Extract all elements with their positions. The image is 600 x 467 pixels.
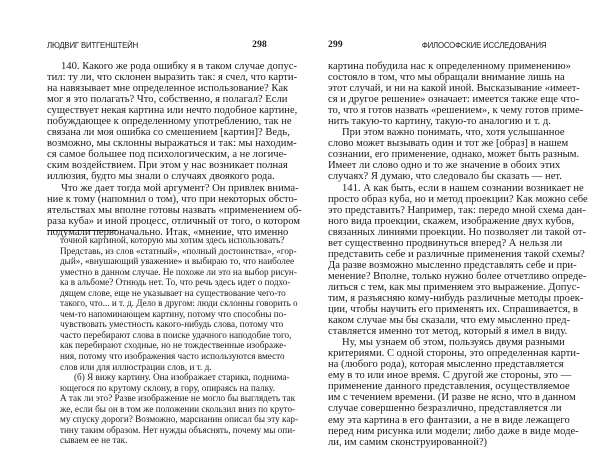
text-line: ему эта картина в его фантазии, а не в в… xyxy=(328,415,546,426)
left-running-head: ЛЮДВИГ ВИТГЕНШТЕЙН 298 xyxy=(47,40,267,50)
footnote-line: такого, что... и т. д. Дело в другом: лю… xyxy=(60,298,267,309)
text-line: на (любого рода), которая мысленно предс… xyxy=(328,359,546,370)
left-page: ЛЮДВИГ ВИТГЕНШТЕЙН 298 140. Какого же ро… xyxy=(0,0,300,467)
text-line: Имеет ли слово одно и то же значение в о… xyxy=(328,160,546,171)
text-line: ся самое большее под психологическим, а … xyxy=(47,149,267,160)
footnote-line: (б) Я вижу картину. Она изображает стари… xyxy=(60,372,267,383)
text-line: этот случай, и ни на какой иной. Высказы… xyxy=(328,83,546,94)
running-head-author: ЛЮДВИГ ВИТГЕНШТЕЙН xyxy=(47,40,138,50)
paragraph-word-meaning: При этом важно понимать, что, хотя услыш… xyxy=(328,127,546,182)
right-page: 299 ФИЛОСОФСКИЕ ИССЛЕДОВАНИЯ картина поб… xyxy=(300,0,600,467)
footnote-line: Представь, из слов «статный», «полный до… xyxy=(60,246,267,257)
text-line: перед ним рисунка или модели; либо даже … xyxy=(328,426,546,437)
footnote-line: му спуску дороги? Возможно, марсианин оп… xyxy=(60,414,267,425)
footnote-line: точной картиной, которую мы хотим здесь … xyxy=(60,235,267,246)
footnote-line: уместно в данном случае. Не похоже ли эт… xyxy=(60,267,267,278)
footnote-line: А так ли это? Разве изображение не могло… xyxy=(60,393,267,404)
footnote-line: ния, потому что изображения часто исполь… xyxy=(60,351,267,362)
text-line: нить такую-то картину, такую-то аналогию… xyxy=(328,116,546,127)
text-line: мог я это полагать? Что, собственно, я п… xyxy=(47,94,267,105)
text-line: литься с тем, как мы применяем это выраж… xyxy=(328,282,546,293)
text-line: ции, чтобы научить его применять их. Спр… xyxy=(328,304,546,315)
footnote-line: чувствовать уместность какого-нибудь сло… xyxy=(60,319,267,330)
text-line: сознании, его применение, однако, может … xyxy=(328,149,546,160)
text-line: ли, им самим сконструированной?) xyxy=(328,437,546,448)
text-line: возможно, мы склонны выражаться и так: м… xyxy=(47,138,267,149)
footnote-line: как перебирают сходные, но не тождествен… xyxy=(60,340,267,351)
left-main-text: 140. Какого же рода ошибку я в таком слу… xyxy=(47,61,267,238)
text-line: слово может вызывать один и тот же [обра… xyxy=(328,138,546,149)
footnote-line: чем-то напоминающем картину, потому что … xyxy=(60,309,267,320)
footnote-line: сываем ее не так. xyxy=(60,435,267,446)
text-line: 140. Какого же рода ошибку я в таком слу… xyxy=(47,61,267,72)
text-line: существует некая картина или нечто подоб… xyxy=(47,105,267,116)
right-running-head: 299 ФИЛОСОФСКИЕ ИССЛЕДОВАНИЯ xyxy=(328,40,546,50)
text-line: ние к тому (напомнил о том), что при нек… xyxy=(47,194,267,205)
text-line: представить себе и различные применения … xyxy=(328,249,546,260)
text-line: ским воздействием. При этом у нас возник… xyxy=(47,160,267,171)
text-line: побуждающее к определенному употреблению… xyxy=(47,116,267,127)
text-line: вет существенно продвинуться вперед? А н… xyxy=(328,238,546,249)
text-line: применение данного представления, осущес… xyxy=(328,381,546,392)
text-line: состояло в том, что мы обращали внимание… xyxy=(328,72,546,83)
text-line: тил: ту ли, что склонен выразить так: я … xyxy=(47,72,267,83)
text-line: просто образ куба, но и метод проекции? … xyxy=(328,194,546,205)
text-line: случае совершенно безразлично, представл… xyxy=(328,403,546,414)
text-line: то, что я готов назвать «решением», к че… xyxy=(328,105,546,116)
running-head-book-title: ФИЛОСОФСКИЕ ИССЛЕДОВАНИЯ xyxy=(421,40,546,50)
text-line: критериями. С одной стороны, это определ… xyxy=(328,348,546,359)
footnote-line: тину таким образом. Нет нужды объяснять,… xyxy=(60,425,267,436)
footnote-separator xyxy=(47,230,117,231)
text-line: При этом важно понимать, что, хотя услыш… xyxy=(328,127,546,138)
text-line: Да разве возможно мысленно представлять … xyxy=(328,260,546,271)
text-line: ного вида проекции, скажем, изображение … xyxy=(328,216,546,227)
footnote-line: ка в альбоме? Отнюдь нет. То, что речь з… xyxy=(60,277,267,288)
footnote-line: ющегося по крутому склону, в гору, опира… xyxy=(60,383,267,394)
text-line: каком случае мы бы сказали, что ему мысл… xyxy=(328,315,546,326)
footnote-line: часто перебирают слова в поиске удачного… xyxy=(60,330,267,341)
page-number-right: 299 xyxy=(328,40,343,50)
text-line: иллюзия, будто мы знали о случаях двояко… xyxy=(47,171,267,182)
text-line: картина побудила нас к определенному при… xyxy=(328,61,546,72)
paragraph-141: 141. А как быть, если в нашем сознании в… xyxy=(328,183,546,338)
footnote-line: же, если бы он в том же положении скольз… xyxy=(60,404,267,415)
text-line: случаях? Я думаю, что следовало бы сказа… xyxy=(328,171,546,182)
text-line: 141. А как быть, если в нашем сознании в… xyxy=(328,183,546,194)
paragraph-criteria: Ну, мы узнаем об этом, пользуясь двумя р… xyxy=(328,337,546,447)
paragraph-140: 140. Какого же рода ошибку я в таком слу… xyxy=(47,61,267,183)
text-line: связанных линиями проекции. Но позволяет… xyxy=(328,227,546,238)
text-line: ятельствах мы вполне готовы назвать «при… xyxy=(47,205,267,216)
page-number-left: 298 xyxy=(252,40,267,50)
text-line: ся и другое решение» означает: имеется т… xyxy=(328,94,546,105)
text-line: ставляется именно тот метод, который я и… xyxy=(328,326,546,337)
text-line: на навязывает мне определенное использов… xyxy=(47,83,267,94)
text-line: Что же дает тогда мой аргумент? Он привл… xyxy=(47,183,267,194)
footnote-line: дящем слове, еще не указывает на существ… xyxy=(60,288,267,299)
footnote-line: слов или для иллюстрации слов, и т. д. xyxy=(60,362,267,373)
text-line: Ну, мы узнаем об этом, пользуясь двумя р… xyxy=(328,337,546,348)
text-line: менение? Вполне, только нужно более отче… xyxy=(328,271,546,282)
text-line: это представить? Например, так: передо м… xyxy=(328,205,546,216)
footnote-line: дый», «внушающий уважение» и выбираю то,… xyxy=(60,256,267,267)
text-line: связана ли моя ошибка со смешением [карт… xyxy=(47,127,267,138)
text-line: ему в то или иное время. С другой же сто… xyxy=(328,370,546,381)
right-main-text: картина побудила нас к определенному при… xyxy=(328,61,546,448)
text-line: тим, я разъясняю кому-нибудь различные м… xyxy=(328,293,546,304)
paragraph-continued: картина побудила нас к определенному при… xyxy=(328,61,546,127)
left-footnote: точной картиной, которую мы хотим здесь … xyxy=(60,235,267,446)
text-line: раза куба» и иной процесс, отличный от т… xyxy=(47,216,267,227)
text-line: им с течением времени. (И разве не ясно,… xyxy=(328,392,546,403)
